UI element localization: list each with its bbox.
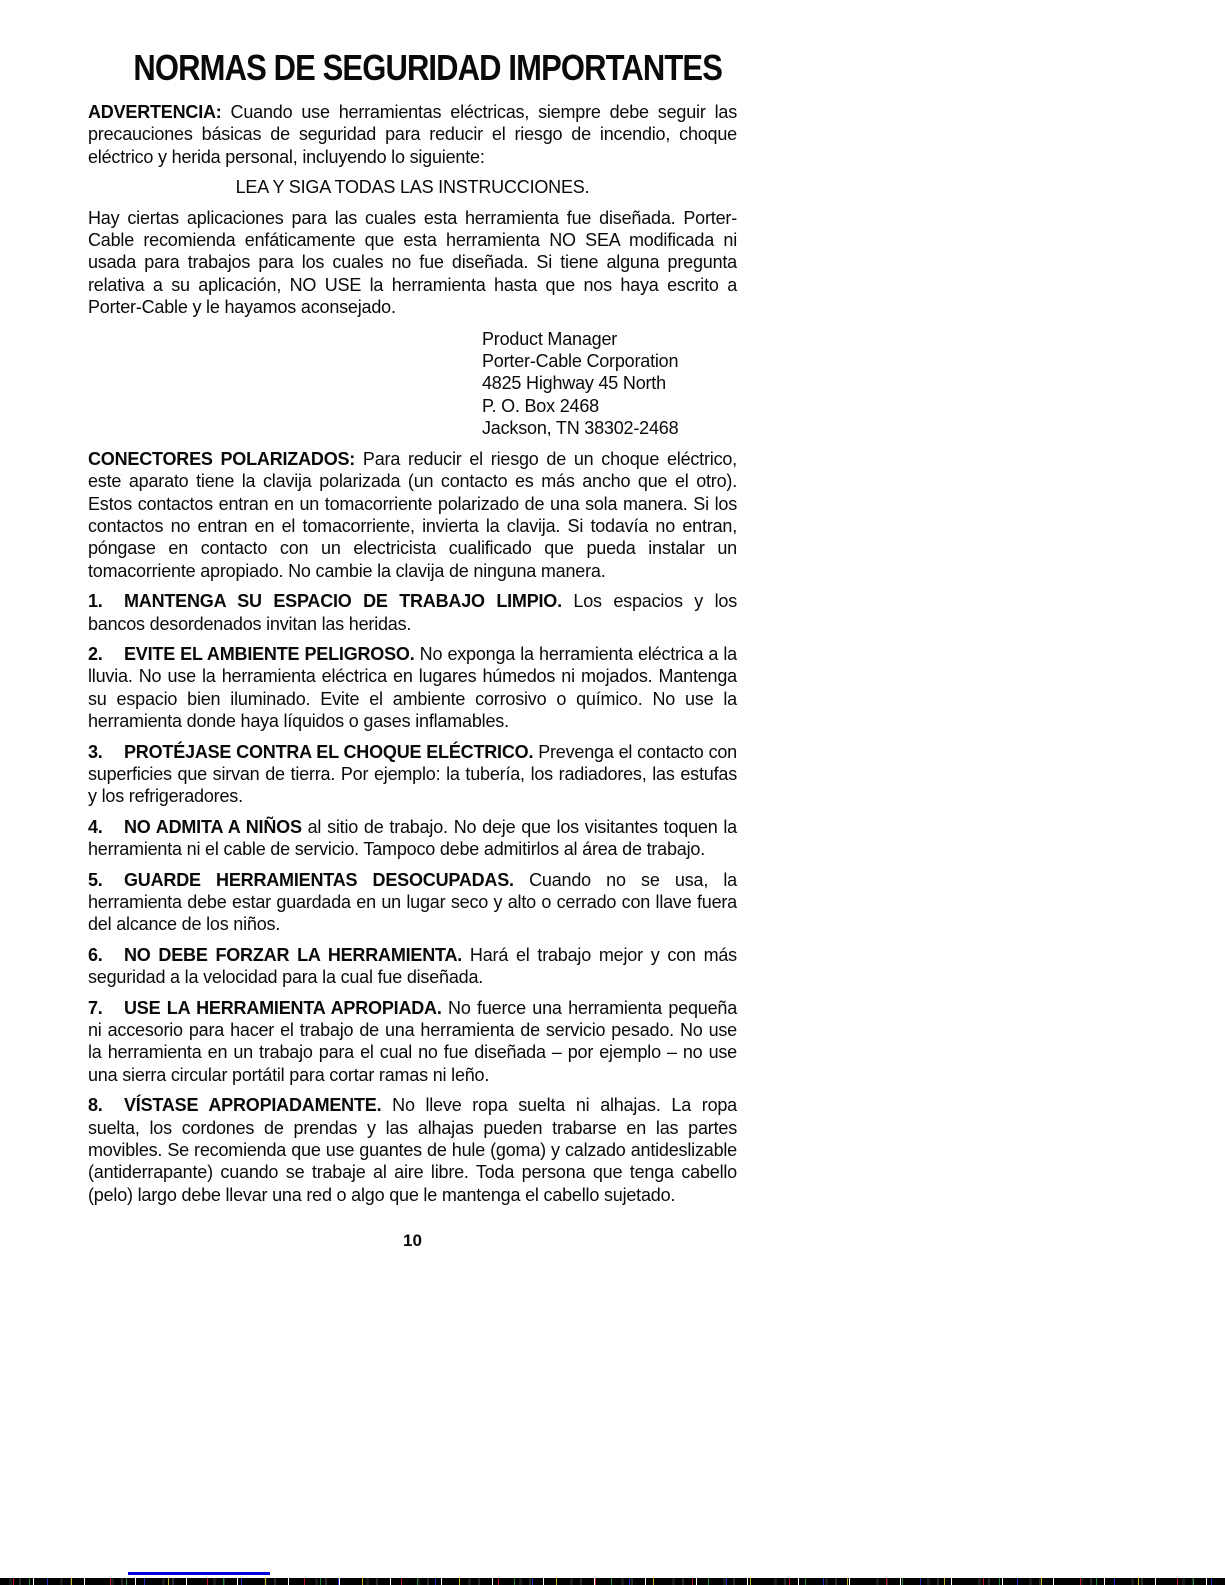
rule-number: 6. — [88, 944, 124, 966]
warning-paragraph: ADVERTENCIA: Cuando use herramientas elé… — [88, 101, 737, 168]
rule-item-7: 7.USE LA HERRAMIENTA APROPIADA. No fuerc… — [88, 997, 737, 1087]
address-line: Product Manager — [482, 328, 737, 350]
address-block: Product Manager Porter-Cable Corporation… — [482, 328, 737, 440]
page-title: NORMAS DE SEGURIDAD IMPORTANTES — [133, 50, 691, 86]
address-line: P. O. Box 2468 — [482, 395, 737, 417]
rule-number: 1. — [88, 590, 124, 612]
rule-item-5: 5.GUARDE HERRAMIENTAS DESOCUPADAS. Cuand… — [88, 869, 737, 936]
rule-number: 7. — [88, 997, 124, 1019]
rule-heading: PROTÉJASE CONTRA EL CHOQUE ELÉCTRICO. — [124, 742, 533, 762]
rule-item-6: 6.NO DEBE FORZAR LA HERRAMIENTA. Hará el… — [88, 944, 737, 989]
footer-blue-line — [128, 1572, 270, 1575]
rule-number: 8. — [88, 1094, 124, 1116]
address-line: Jackson, TN 38302-2468 — [482, 417, 737, 439]
text-column: NORMAS DE SEGURIDAD IMPORTANTES ADVERTEN… — [88, 50, 737, 1251]
rule-item-4: 4.NO ADMITA A NIÑOS al sitio de trabajo.… — [88, 816, 737, 861]
warning-label: ADVERTENCIA: — [88, 102, 222, 122]
rule-heading: EVITE EL AMBIENTE PELIGROSO. — [124, 644, 415, 664]
page-number: 10 — [88, 1231, 737, 1251]
polarized-connectors-paragraph: CONECTORES POLARIZADOS: Para reducir el … — [88, 448, 737, 582]
address-line: Porter-Cable Corporation — [482, 350, 737, 372]
rule-heading: GUARDE HERRAMIENTAS DESOCUPADAS. — [124, 870, 514, 890]
scan-noise-strip — [0, 1578, 1225, 1585]
rule-heading: NO DEBE FORZAR LA HERRAMIENTA. — [124, 945, 462, 965]
applications-paragraph: Hay ciertas aplicaciones para las cuales… — [88, 207, 737, 319]
polarized-connectors-label: CONECTORES POLARIZADOS: — [88, 449, 355, 469]
rule-number: 3. — [88, 741, 124, 763]
rule-item-1: 1.MANTENGA SU ESPACIO DE TRABAJO LIMPIO.… — [88, 590, 737, 635]
rule-item-2: 2.EVITE EL AMBIENTE PELIGROSO. No expong… — [88, 643, 737, 733]
rule-heading: USE LA HERRAMIENTA APROPIADA. — [124, 998, 442, 1018]
rule-heading: MANTENGA SU ESPACIO DE TRABAJO LIMPIO. — [124, 591, 562, 611]
scanned-manual-page: NORMAS DE SEGURIDAD IMPORTANTES ADVERTEN… — [0, 0, 1225, 1585]
rule-heading: NO ADMITA A NIÑOS — [124, 817, 302, 837]
rule-heading: VÍSTASE APROPIADAMENTE. — [124, 1095, 381, 1115]
rule-number: 5. — [88, 869, 124, 891]
rule-number: 4. — [88, 816, 124, 838]
rule-number: 2. — [88, 643, 124, 665]
read-all-instructions-line: LEA Y SIGA TODAS LAS INSTRUCCIONES. — [88, 176, 737, 198]
rule-item-8: 8.VÍSTASE APROPIADAMENTE. No lleve ropa … — [88, 1094, 737, 1206]
address-line: 4825 Highway 45 North — [482, 372, 737, 394]
rule-item-3: 3.PROTÉJASE CONTRA EL CHOQUE ELÉCTRICO. … — [88, 741, 737, 808]
